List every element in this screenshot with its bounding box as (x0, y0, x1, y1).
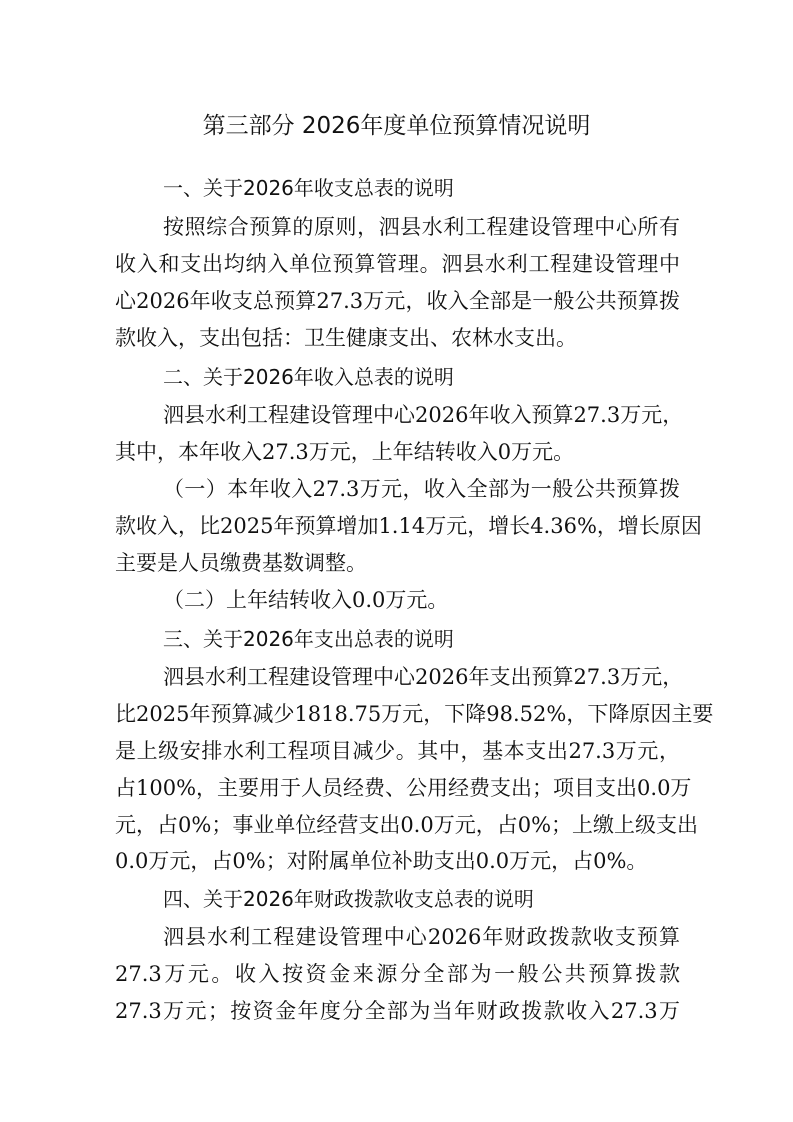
paragraph-line: 占100%，主要用于人员经费、公用经费支出；项目支出0.0万 (115, 770, 680, 807)
paragraph-line: （一）本年收入27.3万元，收入全部为一般公共预算拨 (163, 471, 680, 508)
paragraph-line: 泗县水利工程建设管理中心2026年收入预算27.3万元， (163, 397, 680, 434)
paragraph-line: 是上级安排水利工程项目减少。其中，基本支出27.3万元， (115, 733, 680, 770)
section-heading-1: 一、关于2026年收支总表的说明 (163, 170, 454, 207)
paragraph-line: 泗县水利工程建设管理中心2026年财政拨款收支预算 (163, 919, 680, 956)
paragraph-line: 比2025年预算减少1818.75万元，下降98.52%，下降原因主要 (115, 696, 680, 733)
paragraph-line: （二）上年结转收入0.0万元。 (163, 582, 680, 619)
section-heading-4: 四、关于2026年财政拨款收支总表的说明 (163, 881, 534, 918)
section-heading-2: 二、关于2026年收入总表的说明 (163, 359, 454, 396)
paragraph-line: 其中，本年收入27.3万元，上年结转收入0万元。 (115, 434, 680, 471)
document-page: 第三部分 2026年度单位预算情况说明 一、关于2026年收支总表的说明 按照综… (0, 0, 793, 1122)
paragraph-line: 元，占0%；事业单位经营支出0.0万元，占0%；上缴上级支出 (115, 807, 680, 844)
paragraph-line: 款收入，比2025年预算增加1.14万元，增长4.36%，增长原因 (115, 508, 680, 545)
paragraph-line: 心2026年收支总预算27.3万元，收入全部是一般公共预算拨 (115, 283, 680, 320)
page-title: 第三部分 2026年度单位预算情况说明 (0, 110, 793, 142)
paragraph-line: 27.3万元；按资金年度分全部为当年财政拨款收入27.3万 (115, 993, 680, 1030)
paragraph-line: 收入和支出均纳入单位预算管理。泗县水利工程建设管理中 (115, 246, 680, 283)
paragraph-line: 按照综合预算的原则，泗县水利工程建设管理中心所有 (163, 209, 680, 246)
paragraph-line: 款收入，支出包括：卫生健康支出、农林水支出。 (115, 320, 680, 357)
paragraph-line: 泗县水利工程建设管理中心2026年支出预算27.3万元， (163, 659, 680, 696)
paragraph-line: 主要是人员缴费基数调整。 (115, 545, 680, 582)
paragraph-line: 27.3万元。收入按资金来源分全部为一般公共预算拨款 (115, 956, 680, 993)
section-heading-3: 三、关于2026年支出总表的说明 (163, 621, 454, 658)
paragraph-line: 0.0万元，占0%；对附属单位补助支出0.0万元，占0%。 (115, 843, 680, 880)
